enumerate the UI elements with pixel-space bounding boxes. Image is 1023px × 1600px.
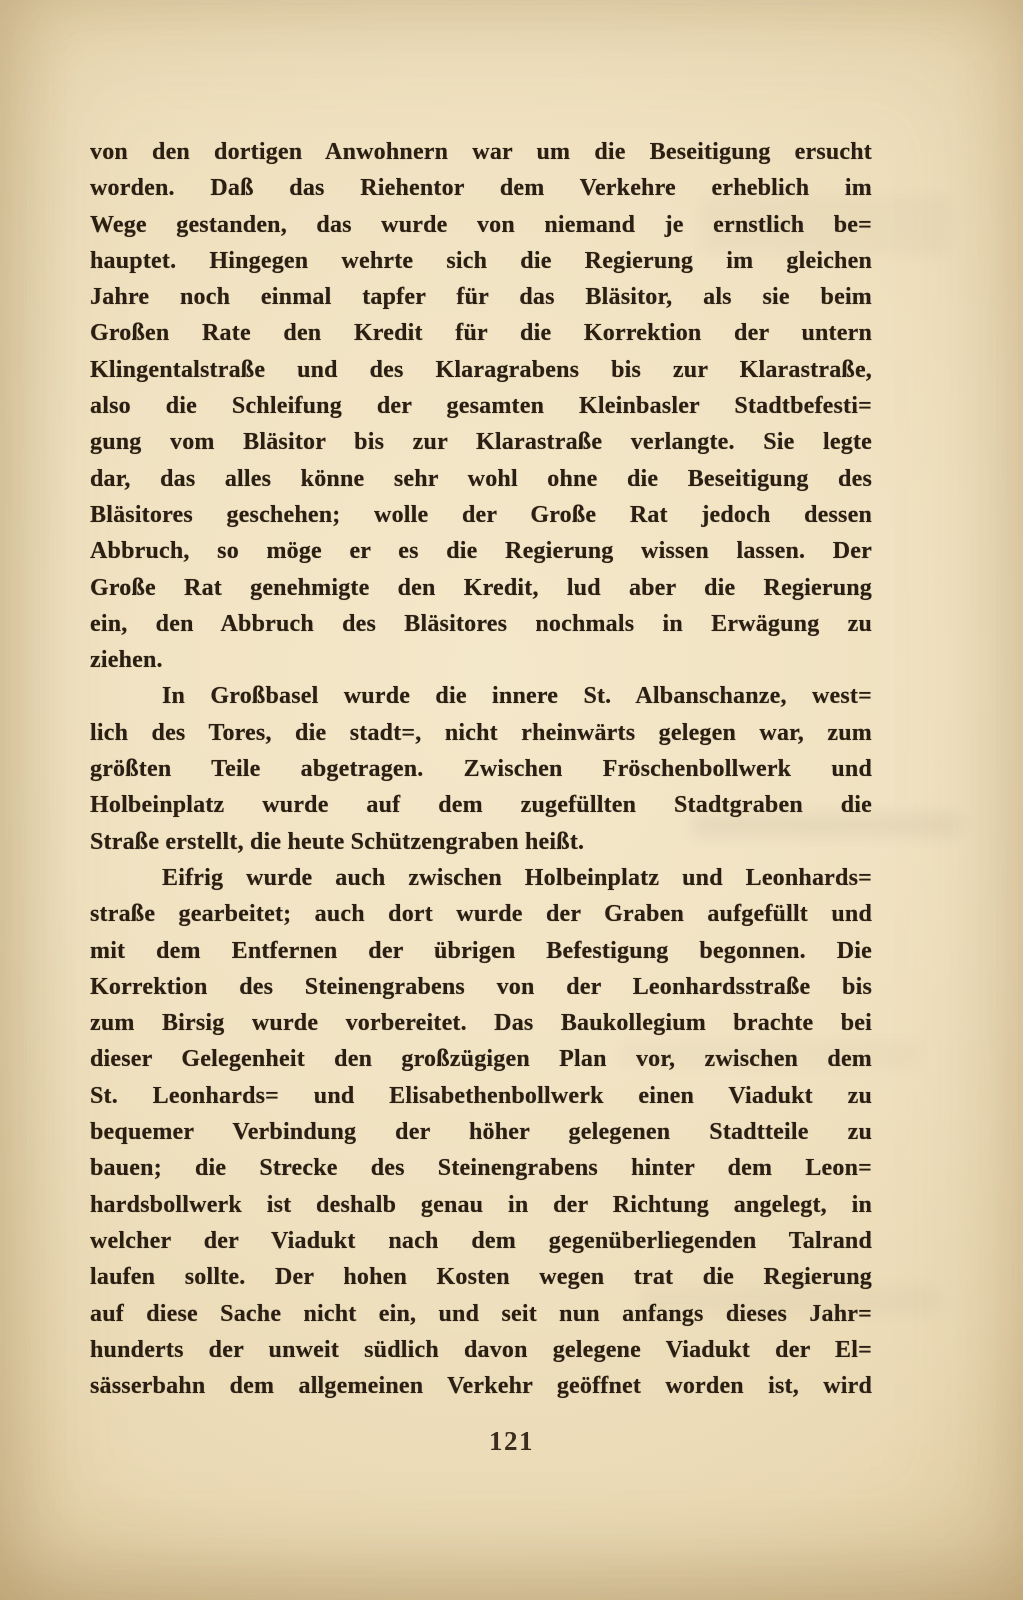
text-line: In Großbasel wurde die innere St. Albans… <box>90 678 872 714</box>
text-line: straße gearbeitet; auch dort wurde der G… <box>90 896 872 932</box>
text-line: mit dem Entfernen der übrigen Befestigun… <box>90 933 872 969</box>
text-line: gung vom Bläsitor bis zur Klarastraße ve… <box>90 424 872 460</box>
text-line: laufen sollte. Der hohen Kosten wegen tr… <box>90 1259 872 1295</box>
text-line: Bläsitores geschehen; wolle der Große Ra… <box>90 497 872 533</box>
text-line: von den dortigen Anwohnern war um die Be… <box>90 134 872 170</box>
text-line: größten Teile abgetragen. Zwischen Frösc… <box>90 751 872 787</box>
text-line: St. Leonhards= und Elisabethenbollwerk e… <box>90 1078 872 1114</box>
text-line: Wege gestanden, das wurde von niemand je… <box>90 207 872 243</box>
text-line: hunderts der unweit südlich davon gelege… <box>90 1332 872 1368</box>
text-line: worden. Daß das Riehentor dem Verkehre e… <box>90 170 872 206</box>
text-line: Große Rat genehmigte den Kredit, lud abe… <box>90 570 872 606</box>
text-line: Klingentalstraße und des Klaragrabens bi… <box>90 352 872 388</box>
text-line: welcher der Viadukt nach dem gegenüberli… <box>90 1223 872 1259</box>
text-line: auf diese Sache nicht ein, und seit nun … <box>90 1296 872 1332</box>
text-line: bequemer Verbindung der höher gelegenen … <box>90 1114 872 1150</box>
text-line: ein, den Abbruch des Bläsitores nochmals… <box>90 606 872 642</box>
text-line: Jahre noch einmal tapfer für das Bläsito… <box>90 279 872 315</box>
text-line: Korrektion des Steinengrabens von der Le… <box>90 969 872 1005</box>
text-line: Holbeinplatz wurde auf dem zugefüllten S… <box>90 787 872 823</box>
text-line: Großen Rate den Kredit für die Korrektio… <box>90 315 872 351</box>
scanned-book-page: { "document": { "language": "German (Fra… <box>0 0 1023 1600</box>
text-line: hauptet. Hingegen wehrte sich die Regier… <box>90 243 872 279</box>
text-line: Straße erstellt, die heute Schützengrabe… <box>90 824 872 860</box>
text-line: sässerbahn dem allgemeinen Verkehr geöff… <box>90 1368 872 1404</box>
text-line: lich des Tores, die stadt=, nicht rheinw… <box>90 715 872 751</box>
text-line: hardsbollwerk ist deshalb genau in der R… <box>90 1187 872 1223</box>
text-line: bauen; die Strecke des Steinengrabens hi… <box>90 1150 872 1186</box>
body-text: von den dortigen Anwohnern war um die Be… <box>90 134 872 1404</box>
text-line: ziehen. <box>90 642 872 678</box>
page-number: 121 <box>0 1426 1023 1457</box>
text-line: Abbruch, so möge er es die Regierung wis… <box>90 533 872 569</box>
text-line: dieser Gelegenheit den großzügigen Plan … <box>90 1041 872 1077</box>
text-line: dar, das alles könne sehr wohl ohne die … <box>90 461 872 497</box>
text-line: also die Schleifung der gesamten Kleinba… <box>90 388 872 424</box>
text-line: zum Birsig wurde vorbereitet. Das Baukol… <box>90 1005 872 1041</box>
text-line: Eifrig wurde auch zwischen Holbeinplatz … <box>90 860 872 896</box>
